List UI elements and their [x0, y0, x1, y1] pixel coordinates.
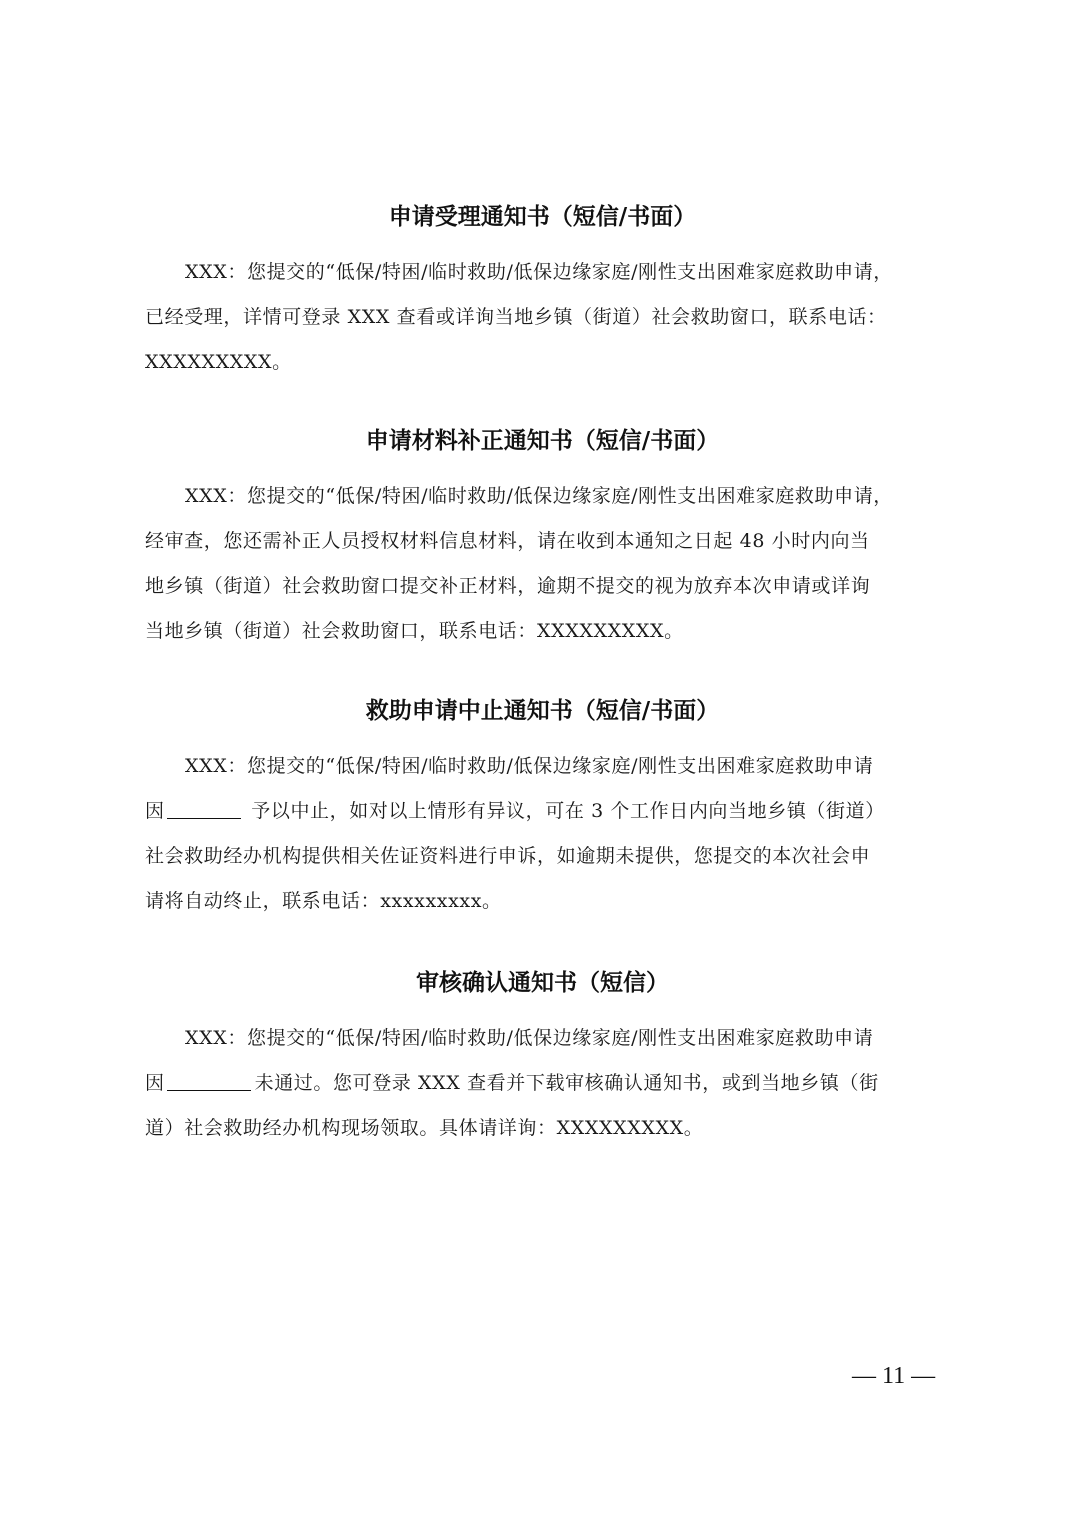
body-line: 因 予以中止，如对以上情形有异议，可在 3 个工作日内向当地乡镇（街道） — [145, 789, 940, 834]
section-suspension-notice: 救助申请中止通知书（短信/书面） XXX：您提交的“低保/特困/临时救助/低保边… — [145, 694, 940, 924]
section-body: XXX：您提交的“低保/特困/临时救助/低保边缘家庭/刚性支出困难家庭救助申请，… — [145, 250, 940, 385]
line-prefix: 因 — [145, 1072, 165, 1094]
body-line: 因未通过。您可登录 XXX 查看并下载审核确认通知书，或到当地乡镇（街 — [145, 1061, 940, 1106]
body-line: XXX：您提交的“低保/特困/临时救助/低保边缘家庭/刚性支出困难家庭救助申请， — [145, 250, 940, 295]
section-title: 申请受理通知书（短信/书面） — [145, 200, 940, 234]
section-review-confirmation-notice: 审核确认通知书（短信） XXX：您提交的“低保/特困/临时救助/低保边缘家庭/刚… — [145, 966, 940, 1151]
line-suffix: 未通过。您可登录 XXX 查看并下载审核确认通知书，或到当地乡镇（街 — [255, 1072, 879, 1094]
section-title: 申请材料补正通知书（短信/书面） — [145, 424, 940, 458]
body-line: XXXXXXXXX。 — [145, 340, 940, 385]
body-line: 请将自动终止，联系电话：xxxxxxxxx。 — [145, 879, 940, 924]
section-body: XXX：您提交的“低保/特困/临时救助/低保边缘家庭/刚性支出困难家庭救助申请，… — [145, 474, 940, 654]
line-suffix: 予以中止，如对以上情形有异议，可在 3 个工作日内向当地乡镇（街道） — [245, 800, 885, 822]
body-line: 经审查，您还需补正人员授权材料信息材料，请在收到本通知之日起 48 小时内向当 — [145, 519, 940, 564]
body-line: 当地乡镇（街道）社会救助窗口，联系电话：XXXXXXXXX。 — [145, 609, 940, 654]
section-supplement-notice: 申请材料补正通知书（短信/书面） XXX：您提交的“低保/特困/临时救助/低保边… — [145, 424, 940, 654]
body-line: 社会救助经办机构提供相关佐证资料进行申诉，如逾期未提供，您提交的本次社会申 — [145, 834, 940, 879]
section-body: XXX：您提交的“低保/特困/临时救助/低保边缘家庭/刚性支出困难家庭救助申请 … — [145, 744, 940, 924]
section-acceptance-notice: 申请受理通知书（短信/书面） XXX：您提交的“低保/特困/临时救助/低保边缘家… — [145, 200, 940, 385]
section-body: XXX：您提交的“低保/特困/临时救助/低保边缘家庭/刚性支出困难家庭救助申请 … — [145, 1016, 940, 1151]
fill-in-blank — [167, 796, 241, 819]
document-page: 申请受理通知书（短信/书面） XXX：您提交的“低保/特困/临时救助/低保边缘家… — [0, 0, 1074, 1520]
section-title: 救助申请中止通知书（短信/书面） — [145, 694, 940, 728]
section-title: 审核确认通知书（短信） — [145, 966, 940, 1000]
body-line: 地乡镇（街道）社会救助窗口提交补正材料，逾期不提交的视为放弃本次申请或详询 — [145, 564, 940, 609]
body-line: 道）社会救助经办机构现场领取。具体请详询：XXXXXXXXX。 — [145, 1106, 940, 1151]
body-line: 已经受理，详情可登录 XXX 查看或详询当地乡镇（街道）社会救助窗口，联系电话： — [145, 295, 940, 340]
body-line: XXX：您提交的“低保/特困/临时救助/低保边缘家庭/刚性支出困难家庭救助申请， — [145, 474, 940, 519]
page-number: — 11 — — [852, 1363, 935, 1390]
fill-in-blank — [167, 1068, 251, 1091]
body-line: XXX：您提交的“低保/特困/临时救助/低保边缘家庭/刚性支出困难家庭救助申请 — [145, 1016, 940, 1061]
body-line: XXX：您提交的“低保/特困/临时救助/低保边缘家庭/刚性支出困难家庭救助申请 — [145, 744, 940, 789]
line-prefix: 因 — [145, 800, 165, 822]
